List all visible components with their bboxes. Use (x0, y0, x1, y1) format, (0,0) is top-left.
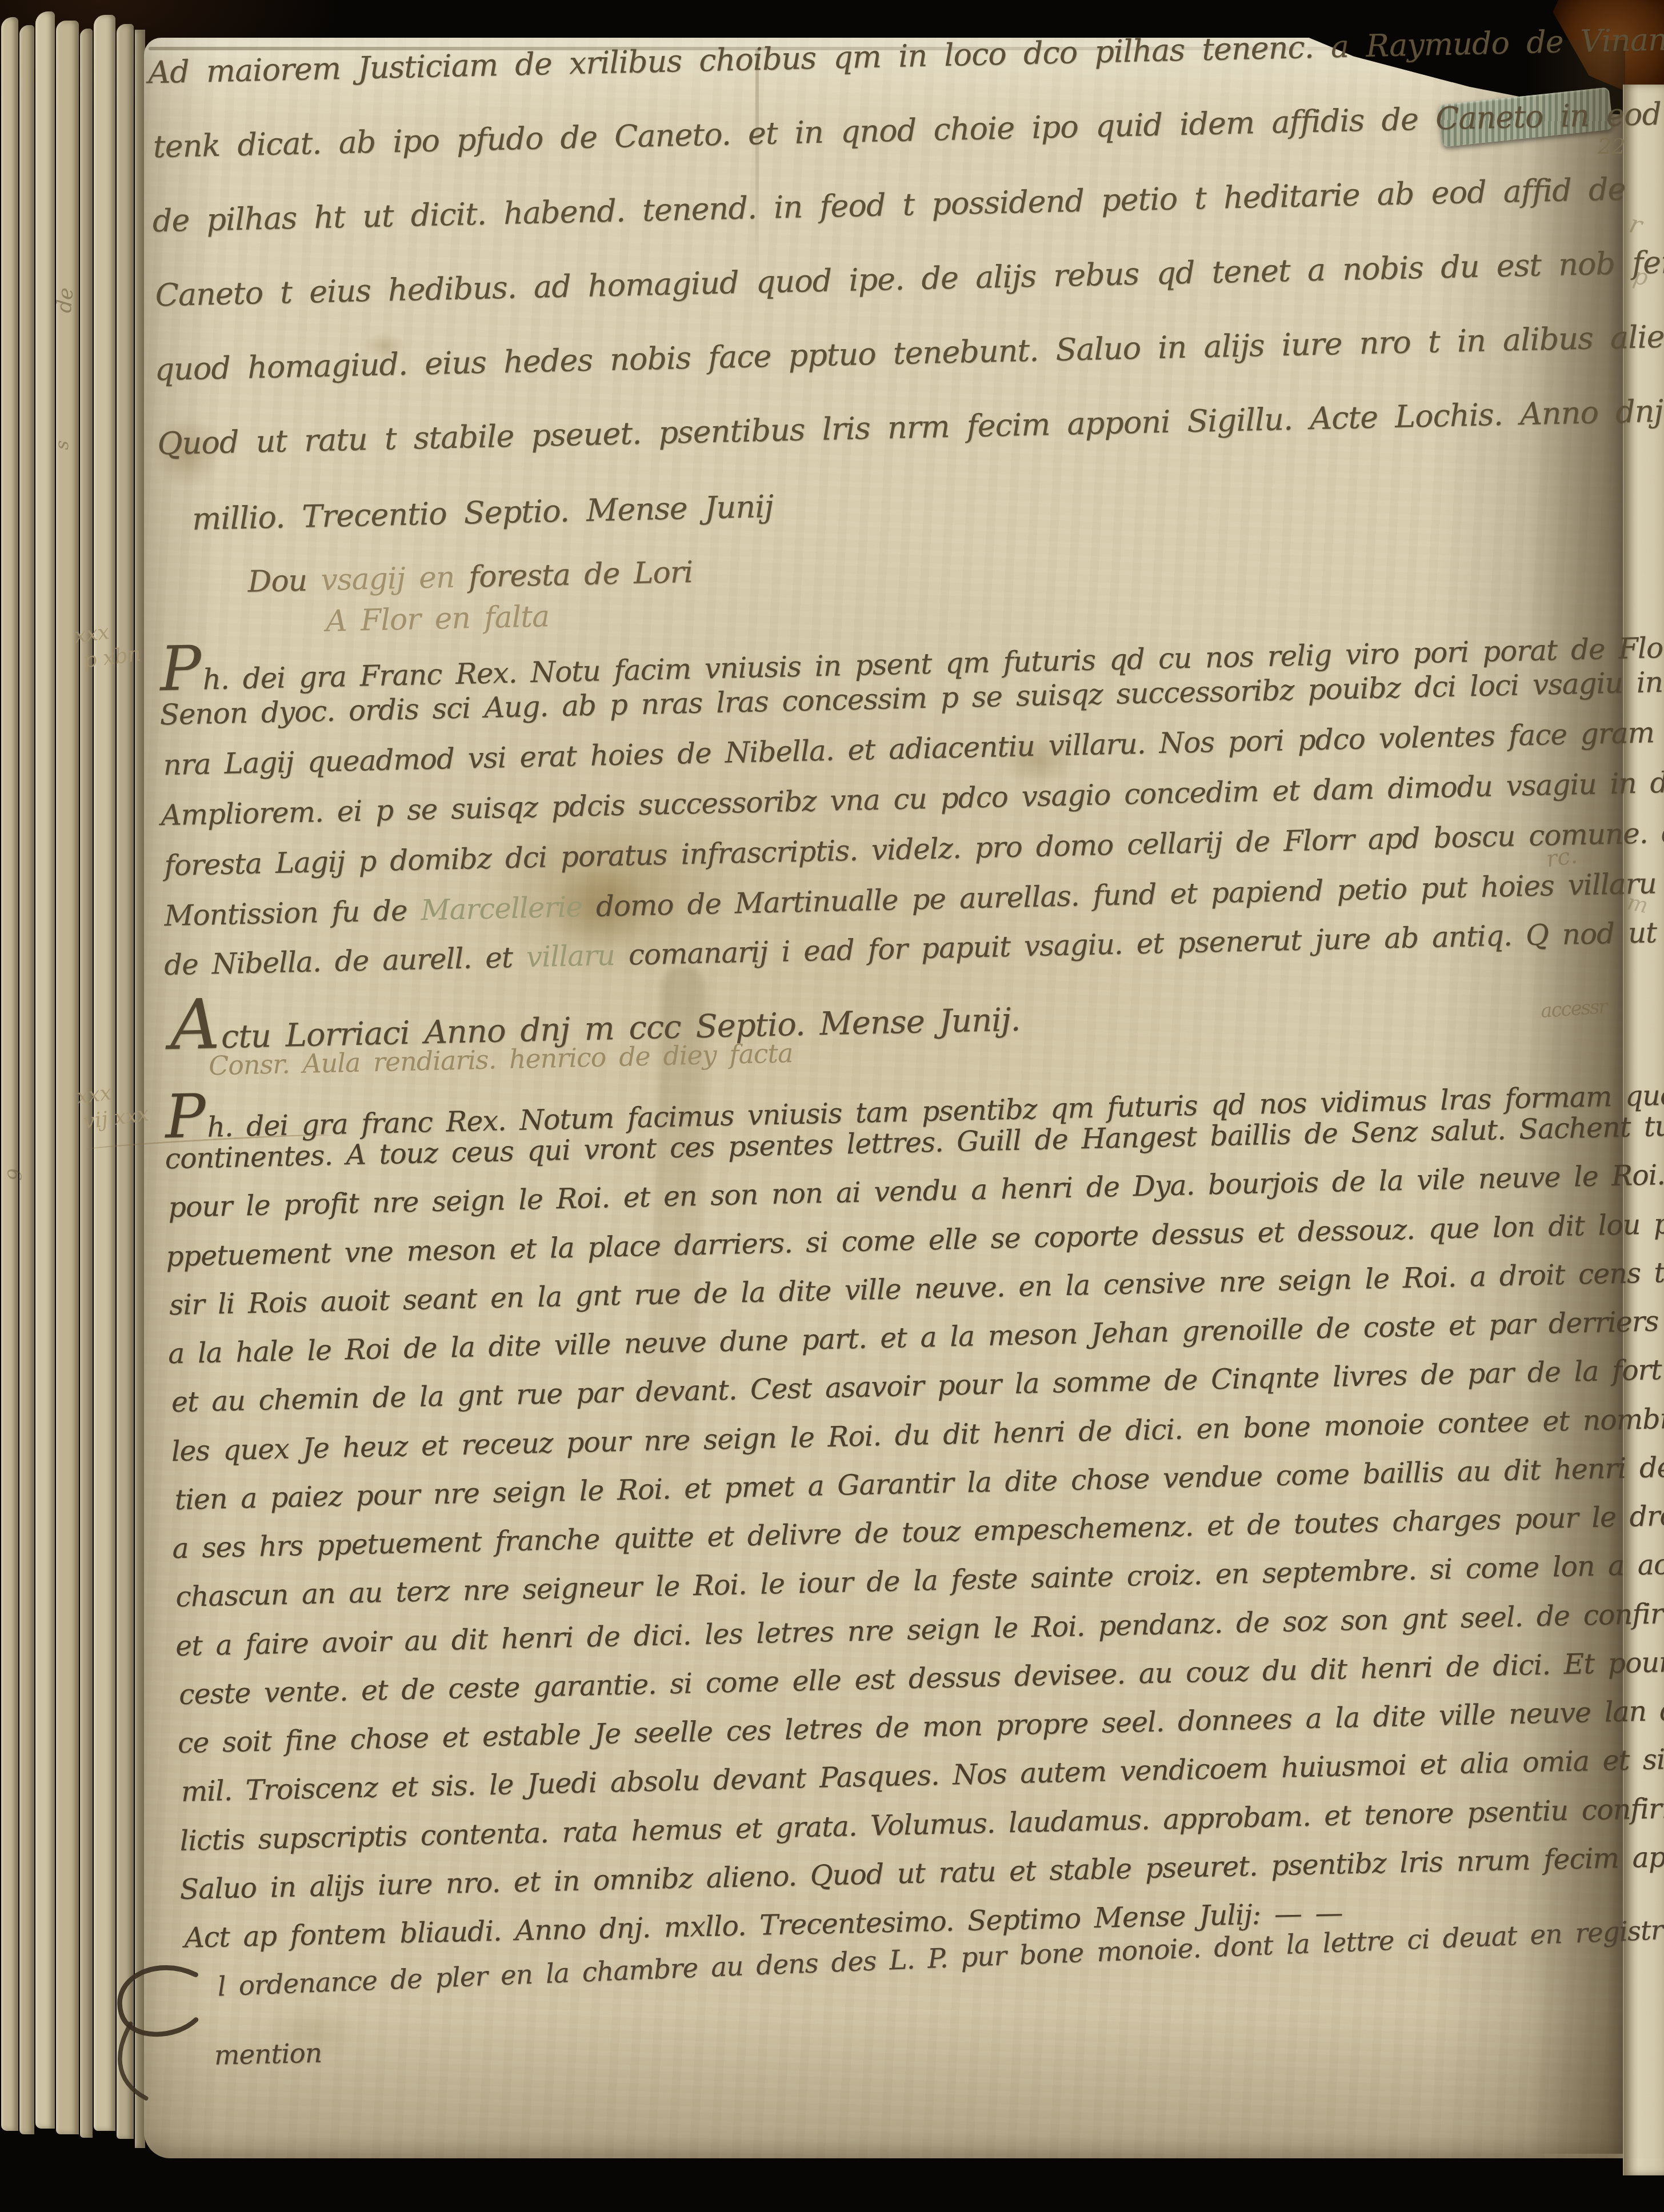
rubric-heading-faded: A Flor en falta (326, 599, 550, 639)
act1-line: Quod ut ratu t stabile pseuet. psentibus… (157, 393, 1663, 462)
paraph-mark (93, 1952, 223, 2110)
rubric-dark: Dou (247, 563, 321, 599)
rubric-dark: foresta de Lori (468, 555, 693, 595)
act1-line: tenk dicat. ab ipo pfudo de Caneto. et i… (153, 94, 1664, 165)
rubric-faded: vsagij en (321, 560, 469, 598)
manuscript-page-photo: Ad maiorem Justiciam de xrilibus choibus… (0, 0, 1664, 2212)
act3-margin-note: xxx vij xxx (75, 1076, 150, 1136)
act1-line: quod homagiud. eius hedes nobis face ppt… (154, 318, 1664, 387)
handwriting-layer: Ad maiorem Justiciam de xrilibus choibus… (0, 0, 1664, 2212)
act2-margin-note: xxx p xbn (73, 616, 143, 675)
act2-erased-word: villaru (526, 938, 629, 973)
act2-erased-word: Marcellerie (421, 890, 597, 927)
fore-edge-mark: s (51, 440, 73, 450)
act2-line-part: domo de Martinualle pe aurellas. fund et… (595, 867, 1657, 923)
fore-edge-mark: de (53, 287, 78, 314)
act2-line-part: comanarij i ead for papuit vsagiu. et ps… (628, 913, 1664, 971)
fore-edge-mark: 9 (4, 1168, 27, 1181)
act1-line: Ad maiorem Justiciam de xrilibus choibus… (147, 18, 1664, 91)
act2-line-part: Montission fu de (164, 893, 421, 932)
act1-line: millio. Trecentio Septio. Mense Junij (192, 488, 774, 537)
gutter-scribble: rc. (1545, 842, 1579, 872)
rubric-heading: Dou vsagij en foresta de Lori (247, 555, 693, 599)
act1-line: Caneto t eius hedibus. ad homagiud quod … (155, 243, 1664, 313)
registry-note-line: mention (214, 2038, 322, 2071)
folio-number: 22 (1598, 134, 1625, 159)
act1-line: de pilhas ht ut dicit. habend. tenend. i… (152, 171, 1626, 239)
gutter-scribble: accessr (1540, 995, 1607, 1023)
act2-line-part: de Nibella. de aurell. et (164, 940, 527, 981)
